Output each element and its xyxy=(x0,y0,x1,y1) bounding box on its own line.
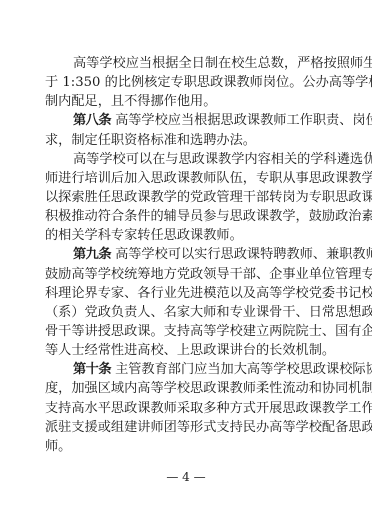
text-line: 支持高水平思政课教师采取多种方式开展思政课教学工作。采取 xyxy=(45,399,326,418)
text-line: 科理论界专家、各行业先进模范以及高等学校党委书记校长、院 xyxy=(45,284,326,303)
text-line: 派驻支援或组建讲师团等形式支持民办高等学校配备思政课教 xyxy=(45,418,326,437)
text-line: 制内配足，且不得挪作他用。 xyxy=(45,92,326,111)
article-10-paragraph: 第十条主管教育部门应当加大高等学校思政课校际协作力 度，加强区域内高等学校思政课… xyxy=(45,360,326,456)
text-line: 高等学校可以在与思政课教学内容相关的学科遴选优秀教 xyxy=(45,150,326,169)
text-line-content: 高等学校可以实行思政课特聘教师、兼职教师制度。 xyxy=(115,247,372,262)
article-8-paragraph: 第八条高等学校应当根据思政课教师工作职责、岗位要 求，制定任职资格标准和选聘办法… xyxy=(45,111,326,149)
paragraph: 高等学校应当根据全日制在校生总数，严格按照师生比不低 于 1:350 的比例核定… xyxy=(45,54,326,111)
text-line: 第十条主管教育部门应当加大高等学校思政课校际协作力 xyxy=(45,360,326,379)
text-line: 度，加强区域内高等学校思政课教师柔性流动和协同机制建设， xyxy=(45,379,326,398)
article-label: 第九条 xyxy=(73,247,111,262)
text-line: 高等学校应当根据全日制在校生总数，严格按照师生比不低 xyxy=(45,54,326,73)
text-line-content: 高等学校应当根据思政课教师工作职责、岗位要 xyxy=(115,113,372,128)
text-line-content: 主管教育部门应当加大高等学校思政课校际协作力 xyxy=(115,362,372,377)
text-line: 积极推动符合条件的辅导员参与思政课教学，鼓励政治素质过硬 xyxy=(45,207,326,226)
text-line: （系）党政负责人、名家大师和专业课骨干、日常思想政治教育 xyxy=(45,303,326,322)
text-line: 师进行培训后加入思政课教师队伍，专职从事思政课教学；并可 xyxy=(45,169,326,188)
document-body: 高等学校应当根据全日制在校生总数，严格按照师生比不低 于 1:350 的比例核定… xyxy=(45,54,326,456)
text-line: 骨干等讲授思政课。支持高等学校建立两院院士、国有企业领导 xyxy=(45,322,326,341)
text-line: 求，制定任职资格标准和选聘办法。 xyxy=(45,131,326,150)
text-line: 第九条高等学校可以实行思政课特聘教师、兼职教师制度。 xyxy=(45,245,326,264)
article-label: 第十条 xyxy=(73,362,111,377)
text-line: 以探索胜任思政课教学的党政管理干部转岗为专职思政课教师， xyxy=(45,188,326,207)
article-label: 第八条 xyxy=(73,113,111,128)
text-line: 于 1:350 的比例核定专职思政课教师岗位。公办高等学校要在编 xyxy=(45,73,326,92)
text-line: 等人士经常性进高校、上思政课讲台的长效机制。 xyxy=(45,341,326,360)
text-line: 师。 xyxy=(45,437,326,456)
text-line: 的相关学科专家转任思政课教师。 xyxy=(45,226,326,245)
article-9-paragraph: 第九条高等学校可以实行思政课特聘教师、兼职教师制度。 鼓励高等学校统筹地方党政领… xyxy=(45,245,326,360)
text-line: 鼓励高等学校统筹地方党政领导干部、企事业单位管理专家、社 xyxy=(45,265,326,284)
text-line: 第八条高等学校应当根据思政课教师工作职责、岗位要 xyxy=(45,111,326,130)
paragraph: 高等学校可以在与思政课教学内容相关的学科遴选优秀教 师进行培训后加入思政课教师队… xyxy=(45,150,326,246)
page-number: — 4 — xyxy=(0,470,372,484)
